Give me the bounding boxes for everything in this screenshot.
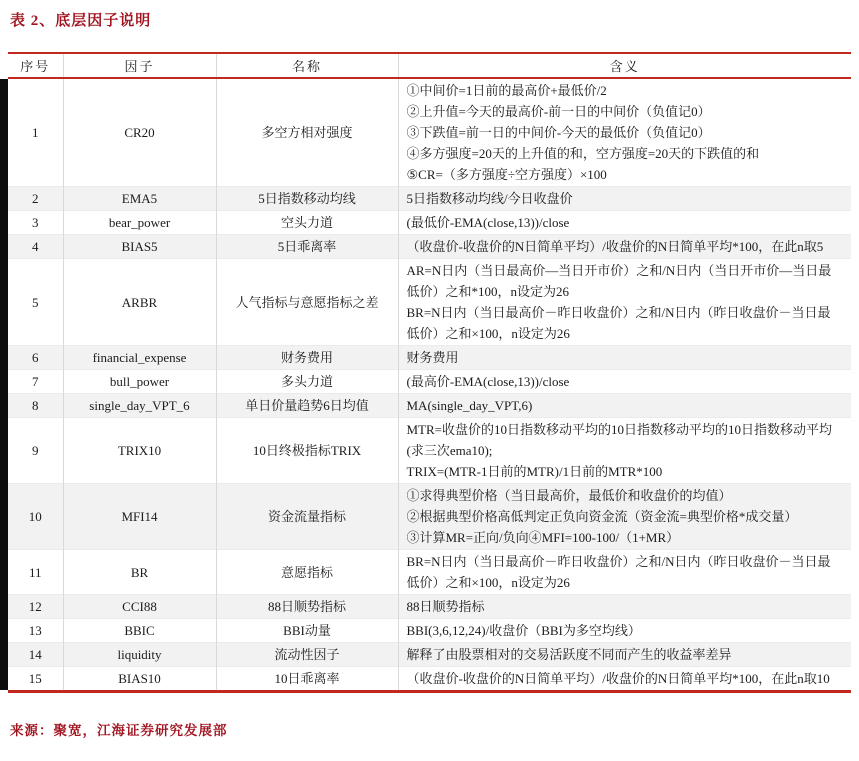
cell-meaning: MTR=收盘价的10日指数移动平均的10日指数移动平均的10日指数移动平均(求三…	[398, 418, 851, 484]
cell-factor: BBIC	[63, 619, 216, 643]
cell-name: 空头力道	[216, 211, 398, 235]
cell-name: 意愿指标	[216, 550, 398, 595]
cell-number: 1	[8, 78, 63, 187]
header-meaning: 含义	[398, 53, 851, 78]
table-row: 1 CR20 多空方相对强度 ①中间价=1日前的最高价+最低价/2 ②上升值=今…	[8, 78, 851, 187]
factor-table-wrap: 序号 因子 名称 含义 1 CR20 多空方相对强度 ①中间价=1日前的最高价+…	[8, 52, 851, 693]
cell-meaning: （收盘价-收盘价的N日简单平均）/收盘价的N日简单平均*100，在此n取10	[398, 667, 851, 692]
table-header: 序号 因子 名称 含义	[8, 53, 851, 78]
cell-number: 14	[8, 643, 63, 667]
cell-factor: liquidity	[63, 643, 216, 667]
cell-factor: bear_power	[63, 211, 216, 235]
cell-meaning: (最低价-EMA(close,13))/close	[398, 211, 851, 235]
cell-factor: CR20	[63, 78, 216, 187]
table-row: 15 BIAS10 10日乖离率 （收盘价-收盘价的N日简单平均）/收盘价的N日…	[8, 667, 851, 692]
header-num: 序号	[8, 53, 63, 78]
cell-meaning: AR=N日内（当日最高价—当日开市价）之和/N日内（当日开市价—当日最低价）之和…	[398, 259, 851, 346]
left-edge-strip	[0, 79, 8, 690]
table-row: 12 CCI88 88日顺势指标 88日顺势指标	[8, 595, 851, 619]
cell-number: 10	[8, 484, 63, 550]
cell-name: 多头力道	[216, 370, 398, 394]
cell-meaning: 88日顺势指标	[398, 595, 851, 619]
cell-meaning: ①中间价=1日前的最高价+最低价/2 ②上升值=今天的最高价-前一日的中间价（负…	[398, 78, 851, 187]
cell-meaning: ①求得典型价格（当日最高价，最低价和收盘价的均值） ②根据典型价格高低判定正负向…	[398, 484, 851, 550]
cell-factor: MFI14	[63, 484, 216, 550]
cell-number: 5	[8, 259, 63, 346]
cell-meaning: BR=N日内（当日最高价－昨日收盘价）之和/N日内（昨日收盘价－当日最低价）之和…	[398, 550, 851, 595]
cell-number: 7	[8, 370, 63, 394]
cell-meaning: （收盘价-收盘价的N日简单平均）/收盘价的N日简单平均*100，在此n取5	[398, 235, 851, 259]
cell-number: 4	[8, 235, 63, 259]
cell-meaning: (最高价-EMA(close,13))/close	[398, 370, 851, 394]
cell-name: 10日乖离率	[216, 667, 398, 692]
report-page: 表 2、底层因子说明 序号 因子 名称 含义 1 CR20 多空方相对强度	[0, 0, 859, 761]
cell-factor: CCI88	[63, 595, 216, 619]
table-row: 2 EMA5 5日指数移动均线 5日指数移动均线/今日收盘价	[8, 187, 851, 211]
cell-number: 2	[8, 187, 63, 211]
source-note: 来源：聚宽，江海证券研究发展部	[10, 719, 851, 739]
cell-number: 12	[8, 595, 63, 619]
cell-name: 多空方相对强度	[216, 78, 398, 187]
cell-name: 人气指标与意愿指标之差	[216, 259, 398, 346]
table-row: 6 financial_expense 财务费用 财务费用	[8, 346, 851, 370]
cell-number: 11	[8, 550, 63, 595]
cell-factor: financial_expense	[63, 346, 216, 370]
cell-meaning: BBI(3,6,12,24)/收盘价（BBI为多空均线）	[398, 619, 851, 643]
header-name: 名称	[216, 53, 398, 78]
table-row: 4 BIAS5 5日乖离率 （收盘价-收盘价的N日简单平均）/收盘价的N日简单平…	[8, 235, 851, 259]
cell-factor: bull_power	[63, 370, 216, 394]
cell-factor: BR	[63, 550, 216, 595]
table-title: 表 2、底层因子说明	[10, 9, 851, 30]
cell-number: 3	[8, 211, 63, 235]
cell-name: 流动性因子	[216, 643, 398, 667]
cell-name: 5日乖离率	[216, 235, 398, 259]
table-row: 14 liquidity 流动性因子 解释了由股票相对的交易活跃度不同而产生的收…	[8, 643, 851, 667]
cell-name: 资金流量指标	[216, 484, 398, 550]
cell-name: 5日指数移动均线	[216, 187, 398, 211]
table-body: 1 CR20 多空方相对强度 ①中间价=1日前的最高价+最低价/2 ②上升值=今…	[8, 78, 851, 692]
cell-number: 9	[8, 418, 63, 484]
table-row: 8 single_day_VPT_6 单日价量趋势6日均值 MA(single_…	[8, 394, 851, 418]
cell-factor: ARBR	[63, 259, 216, 346]
cell-factor: TRIX10	[63, 418, 216, 484]
cell-meaning: 5日指数移动均线/今日收盘价	[398, 187, 851, 211]
table-row: 11 BR 意愿指标 BR=N日内（当日最高价－昨日收盘价）之和/N日内（昨日收…	[8, 550, 851, 595]
table-row: 7 bull_power 多头力道 (最高价-EMA(close,13))/cl…	[8, 370, 851, 394]
cell-factor: single_day_VPT_6	[63, 394, 216, 418]
table-row: 5 ARBR 人气指标与意愿指标之差 AR=N日内（当日最高价—当日开市价）之和…	[8, 259, 851, 346]
cell-meaning: MA(single_day_VPT,6)	[398, 394, 851, 418]
table-row: 9 TRIX10 10日终极指标TRIX MTR=收盘价的10日指数移动平均的1…	[8, 418, 851, 484]
cell-factor: BIAS10	[63, 667, 216, 692]
table-row: 3 bear_power 空头力道 (最低价-EMA(close,13))/cl…	[8, 211, 851, 235]
cell-factor: EMA5	[63, 187, 216, 211]
cell-number: 8	[8, 394, 63, 418]
cell-name: BBI动量	[216, 619, 398, 643]
cell-meaning: 财务费用	[398, 346, 851, 370]
table-row: 10 MFI14 资金流量指标 ①求得典型价格（当日最高价，最低价和收盘价的均值…	[8, 484, 851, 550]
cell-factor: BIAS5	[63, 235, 216, 259]
cell-number: 13	[8, 619, 63, 643]
cell-number: 15	[8, 667, 63, 692]
factor-table: 序号 因子 名称 含义 1 CR20 多空方相对强度 ①中间价=1日前的最高价+…	[8, 52, 851, 693]
header-row: 序号 因子 名称 含义	[8, 53, 851, 78]
cell-number: 6	[8, 346, 63, 370]
table-row: 13 BBIC BBI动量 BBI(3,6,12,24)/收盘价（BBI为多空均…	[8, 619, 851, 643]
header-factor: 因子	[63, 53, 216, 78]
cell-name: 单日价量趋势6日均值	[216, 394, 398, 418]
cell-name: 财务费用	[216, 346, 398, 370]
cell-name: 88日顺势指标	[216, 595, 398, 619]
cell-name: 10日终极指标TRIX	[216, 418, 398, 484]
cell-meaning: 解释了由股票相对的交易活跃度不同而产生的收益率差异	[398, 643, 851, 667]
